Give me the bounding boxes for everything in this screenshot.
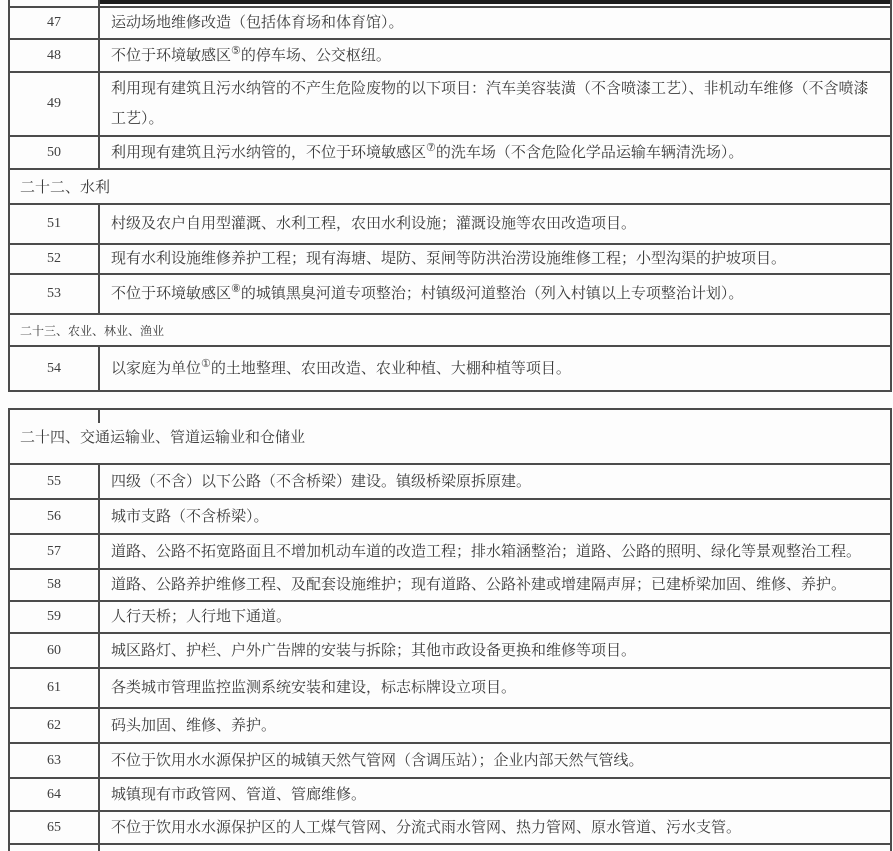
items-table-upper: 47运动场地维修改造（包括体育场和体育馆）。48不位于环境敏感区⑤的停车场、公交… — [8, 0, 892, 392]
row-number: 51 — [10, 205, 100, 243]
row-number: 61 — [10, 669, 100, 707]
cropped-row-bottom — [10, 845, 890, 851]
row-description: 城市支路（不含桥梁）。 — [100, 500, 890, 533]
table-upper-rows: 47运动场地维修改造（包括体育场和体育馆）。48不位于环境敏感区⑤的停车场、公交… — [10, 8, 890, 392]
row-number — [10, 845, 100, 851]
table-row: 55四级（不含）以下公路（不含桥梁）建设。镇级桥梁原拆原建。 — [10, 465, 890, 500]
row-description: 城镇现有市政管网、管道、管廊维修。 — [100, 779, 890, 810]
table-row: 51村级及农户自用型灌溉、水利工程，农田水利设施；灌溉设施等农田改造项目。 — [10, 205, 890, 245]
section-header-row: 二十三、农业、林业、渔业 — [10, 315, 890, 347]
row-number: 54 — [10, 347, 100, 390]
row-description: 城区路灯、护栏、户外广告牌的安装与拆除；其他市政设备更换和维修等项目。 — [100, 634, 890, 667]
row-number: 65 — [10, 812, 100, 843]
table-row: 57道路、公路不拓宽路面且不增加机动车道的改造工程；排水箱涵整治；道路、公路的照… — [10, 535, 890, 570]
table-row: 64城镇现有市政管网、管道、管廊维修。 — [10, 779, 890, 812]
row-number — [10, 0, 100, 6]
row-number: 58 — [10, 570, 100, 600]
table-row: 62码头加固、维修、养护。 — [10, 709, 890, 744]
table-row: 65不位于饮用水水源保护区的人工煤气管网、分流式雨水管网、热力管网、原水管道、污… — [10, 812, 890, 845]
section-header-label: 二十四、交通运输业、管道运输业和仓储业 — [10, 410, 890, 463]
table-lower-rows: 55四级（不含）以下公路（不含桥梁）建设。镇级桥梁原拆原建。56城市支路（不含桥… — [10, 465, 890, 845]
row-description: 以家庭为单位①的土地整理、农田改造、农业种植、大棚种植等项目。 — [100, 347, 890, 390]
row-number: 53 — [10, 275, 100, 313]
section-header-row: 二十四、交通运输业、管道运输业和仓储业 — [10, 410, 890, 465]
divider-tick — [98, 410, 100, 423]
row-number: 60 — [10, 634, 100, 667]
row-description: 现有水利设施维修养护工程；现有海塘、堤防、泵闸等防洪治涝设施维修工程；小型沟渠的… — [100, 245, 890, 273]
row-number: 55 — [10, 465, 100, 498]
section-header-label: 二十二、水利 — [10, 170, 890, 203]
row-description: 码头加固、维修、养护。 — [100, 709, 890, 742]
footnote-marker: ⑧ — [231, 283, 241, 295]
row-description: 不位于饮用水水源保护区的人工煤气管网、分流式雨水管网、热力管网、原水管道、污水支… — [100, 812, 890, 843]
table-row: 63不位于饮用水水源保护区的城镇天然气管网（含调压站）；企业内部天然气管线。 — [10, 744, 890, 779]
cropped-row-top — [10, 0, 890, 8]
table-row: 56城市支路（不含桥梁）。 — [10, 500, 890, 535]
footnote-marker: ① — [201, 358, 211, 370]
row-number: 57 — [10, 535, 100, 568]
row-number: 63 — [10, 744, 100, 777]
row-number: 64 — [10, 779, 100, 810]
row-number: 59 — [10, 602, 100, 632]
table-row: 59人行天桥；人行地下通道。 — [10, 602, 890, 634]
row-description: 运动场地维修改造（包括体育场和体育馆）。 — [100, 8, 890, 38]
row-description: 村级及农户自用型灌溉、水利工程，农田水利设施；灌溉设施等农田改造项目。 — [100, 205, 890, 243]
table-row: 52现有水利设施维修养护工程；现有海塘、堤防、泵闸等防洪治涝设施维修工程；小型沟… — [10, 245, 890, 275]
row-description: 人行天桥；人行地下通道。 — [100, 602, 890, 632]
table-row: 50利用现有建筑且污水纳管的，不位于环境敏感区⑦的洗车场（不含危险化学品运输车辆… — [10, 137, 890, 170]
footnote-marker: ⑦ — [426, 142, 436, 154]
row-description — [100, 845, 890, 851]
cutoff-content-bar — [100, 0, 890, 4]
row-description: 各类城市管理监控监测系统安装和建设，标志标牌设立项目。 — [100, 669, 890, 707]
table-gap — [0, 392, 893, 408]
row-number: 47 — [10, 8, 100, 38]
footnote-marker: ⑤ — [231, 45, 241, 57]
row-description — [100, 0, 890, 6]
table-row: 53不位于环境敏感区⑧的城镇黑臭河道专项整治；村镇级河道整治（列入村镇以上专项整… — [10, 275, 890, 315]
row-description: 道路、公路不拓宽路面且不增加机动车道的改造工程；排水箱涵整治；道路、公路的照明、… — [100, 535, 890, 568]
row-number: 49 — [10, 73, 100, 135]
row-description: 四级（不含）以下公路（不含桥梁）建设。镇级桥梁原拆原建。 — [100, 465, 890, 498]
row-number: 50 — [10, 137, 100, 168]
table-row: 54以家庭为单位①的土地整理、农田改造、农业种植、大棚种植等项目。 — [10, 347, 890, 392]
table-row: 60城区路灯、护栏、户外广告牌的安装与拆除；其他市政设备更换和维修等项目。 — [10, 634, 890, 669]
document-page: 47运动场地维修改造（包括体育场和体育馆）。48不位于环境敏感区⑤的停车场、公交… — [0, 0, 893, 851]
row-description: 利用现有建筑且污水纳管的，不位于环境敏感区⑦的洗车场（不含危险化学品运输车辆清洗… — [100, 137, 890, 168]
section-header-label: 二十三、农业、林业、渔业 — [10, 315, 890, 345]
row-description: 道路、公路养护维修工程、及配套设施维护；现有道路、公路补建或增建隔声屏；已建桥梁… — [100, 570, 890, 600]
row-number: 52 — [10, 245, 100, 273]
items-table-lower: 二十四、交通运输业、管道运输业和仓储业 55四级（不含）以下公路（不含桥梁）建设… — [8, 408, 892, 851]
row-number: 56 — [10, 500, 100, 533]
table-row: 48不位于环境敏感区⑤的停车场、公交枢纽。 — [10, 40, 890, 73]
row-number: 62 — [10, 709, 100, 742]
table-row: 61各类城市管理监控监测系统安装和建设，标志标牌设立项目。 — [10, 669, 890, 709]
row-description: 利用现有建筑且污水纳管的不产生危险废物的以下项目：汽车美容装潢（不含喷漆工艺）、… — [100, 73, 890, 135]
table-row: 49利用现有建筑且污水纳管的不产生危险废物的以下项目：汽车美容装潢（不含喷漆工艺… — [10, 73, 890, 137]
table-row: 47运动场地维修改造（包括体育场和体育馆）。 — [10, 8, 890, 40]
row-description: 不位于饮用水水源保护区的城镇天然气管网（含调压站）；企业内部天然气管线。 — [100, 744, 890, 777]
table-row: 58道路、公路养护维修工程、及配套设施维护；现有道路、公路补建或增建隔声屏；已建… — [10, 570, 890, 602]
row-number: 48 — [10, 40, 100, 71]
row-description: 不位于环境敏感区⑤的停车场、公交枢纽。 — [100, 40, 890, 71]
section-header-row: 二十二、水利 — [10, 170, 890, 205]
row-description: 不位于环境敏感区⑧的城镇黑臭河道专项整治；村镇级河道整治（列入村镇以上专项整治计… — [100, 275, 890, 313]
